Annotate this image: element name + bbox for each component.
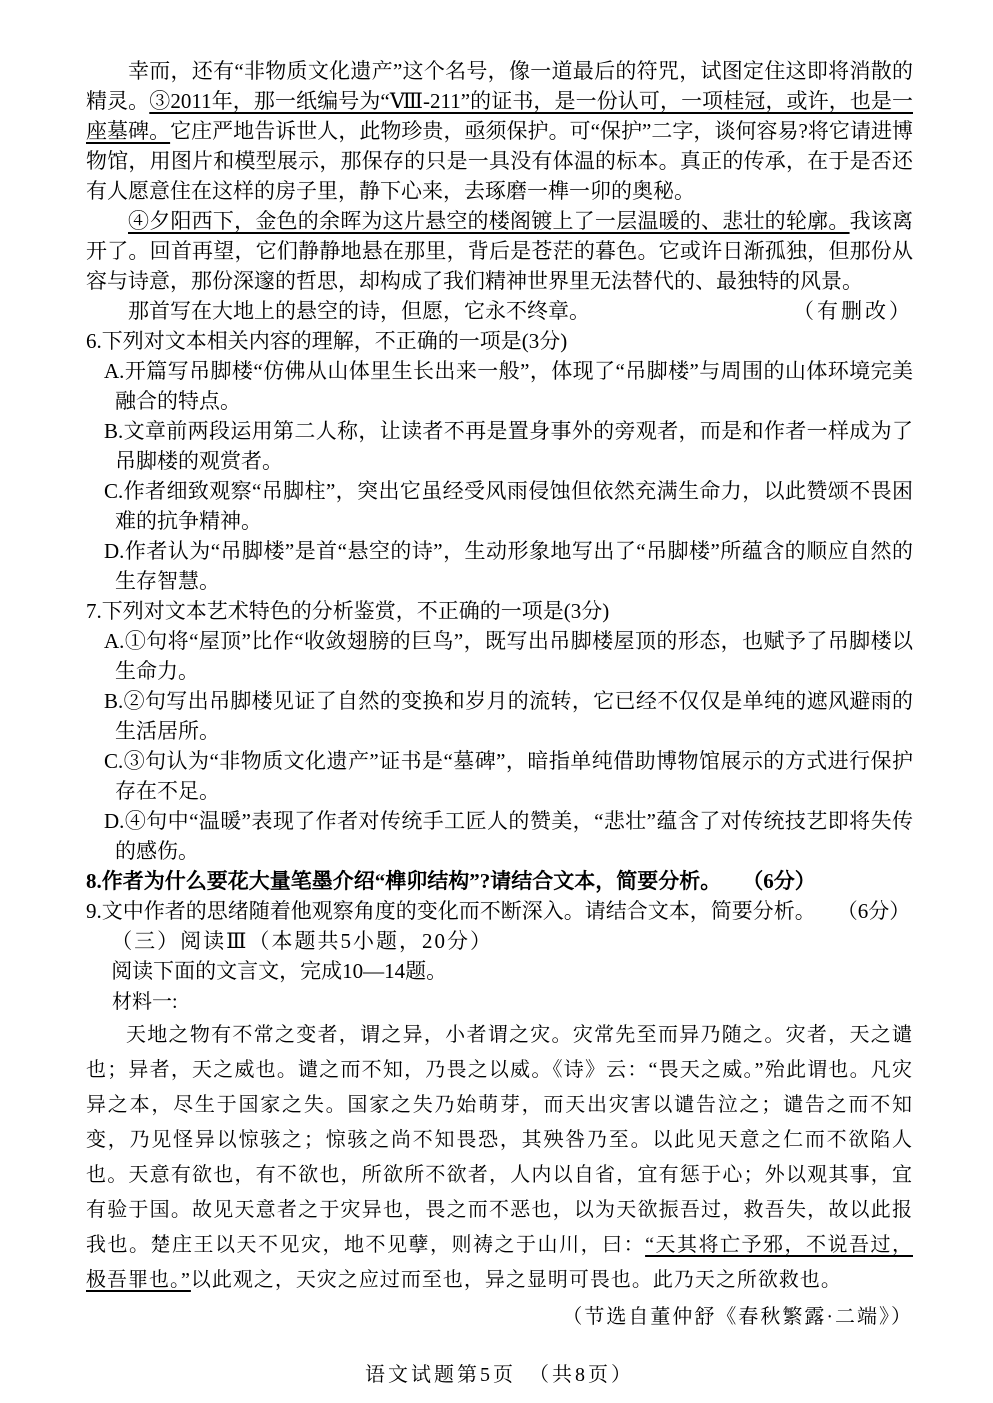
passage-paragraph-3: 幸而，还有“非物质文化遗产”这个名号，像一道最后的符咒，试图定住这即将消散的精灵… [86,56,913,206]
question-6-option-a: A.开篇写吊脚楼“仿佛从山体里生长出来一般”，体现了“吊脚楼”与周围的山体环境完… [86,356,913,416]
exam-page: 幸而，还有“非物质文化遗产”这个名号，像一道最后的符咒，试图定住这即将消散的精灵… [0,0,993,1403]
passage-last-sentence: 那首写在大地上的悬空的诗，但愿，它永不终章。 [128,299,590,323]
question-7-stem: 7.下列对文本艺术特色的分析鉴赏，不正确的一项是(3分) [86,596,913,626]
material-1-text-pre: 天地之物有不常之变者，谓之异，小者谓之灾。灾常先至而异乃随之。灾者，天之谴也；异… [86,1024,913,1256]
material-1-label: 材料一: [86,986,913,1018]
paragraph-3-text-post: 它庄严地告诉世人，此物珍贵，亟须保护。可“保护”二字，谈何容易?将它请进博物馆，… [86,119,913,203]
question-6-option-b: B.文章前两段运用第二人称，让读者不再是置身事外的旁观者，而是和作者一样成为了吊… [86,416,913,476]
passage-paragraph-4: ④夕阳西下，金色的余晖为这片悬空的楼阁镀上了一层温暖的、悲壮的轮廓。我该离开了。… [86,206,913,296]
question-7: 7.下列对文本艺术特色的分析鉴赏，不正确的一项是(3分) A.①句将“屋顶”比作… [86,596,913,866]
passage-ending-line: （有删改）那首写在大地上的悬空的诗，但愿，它永不终章。 [86,296,913,326]
question-7-option-c: C.③句认为“非物质文化遗产”证书是“墓碑”，暗指单纯借助博物馆展示的方式进行保… [86,746,913,806]
question-6: 6.下列对文本相关内容的理解，不正确的一项是(3分) A.开篇写吊脚楼“仿佛从山… [86,326,913,596]
question-7-option-d: D.④句中“温暖”表现了作者对传统手工匠人的赞美，“悲壮”蕴含了对传统技艺即将失… [86,806,913,866]
question-7-option-b: B.②句写出吊脚楼见证了自然的变换和岁月的流转，它已经不仅仅是单纯的遮风避雨的生… [86,686,913,746]
section-3-intro: 阅读下面的文言文，完成10—14题。 [86,956,913,986]
page-footer: 语文试题第5页 （共8页） [86,1362,913,1388]
section-3-heading: （三）阅读Ⅲ（本题共5小题，20分） [86,926,913,956]
paragraph-4-underlined-sentence: ④夕阳西下，金色的余晖为这片悬空的楼阁镀上了一层温暖的、悲壮的轮廓。 [128,209,850,233]
question-6-stem: 6.下列对文本相关内容的理解，不正确的一项是(3分) [86,326,913,356]
question-9: 9.文中作者的思绪随着他观察角度的变化而不断深入。请结合文本，简要分析。 （6分… [86,896,913,926]
question-8: 8.作者为什么要花大量笔墨介绍“榫卯结构”?请结合文本，简要分析。 （6分） [86,866,913,896]
question-6-option-c: C.作者细致观察“吊脚柱”，突出它虽经受风雨侵蚀但依然充满生命力，以此赞颂不畏困… [86,476,913,536]
material-1-text: 天地之物有不常之变者，谓之异，小者谓之灾。灾常先至而异乃随之。灾者，天之谴也；异… [86,1018,913,1298]
edit-note: （有删改） [751,296,913,326]
question-6-option-d: D.作者认为“吊脚楼”是首“悬空的诗”，生动形象地写出了“吊脚楼”所蕴含的顺应自… [86,536,913,596]
material-1-text-post: 以此观之，天灾之应过而至也，异之显明可畏也。此乃天之所欲救也。 [191,1269,842,1291]
question-7-option-a: A.①句将“屋顶”比作“收敛翅膀的巨鸟”，既写出吊脚楼屋顶的形态，也赋予了吊脚楼… [86,626,913,686]
material-1-attribution: （节选自董仲舒《春秋繁露·二端》） [86,1298,913,1336]
